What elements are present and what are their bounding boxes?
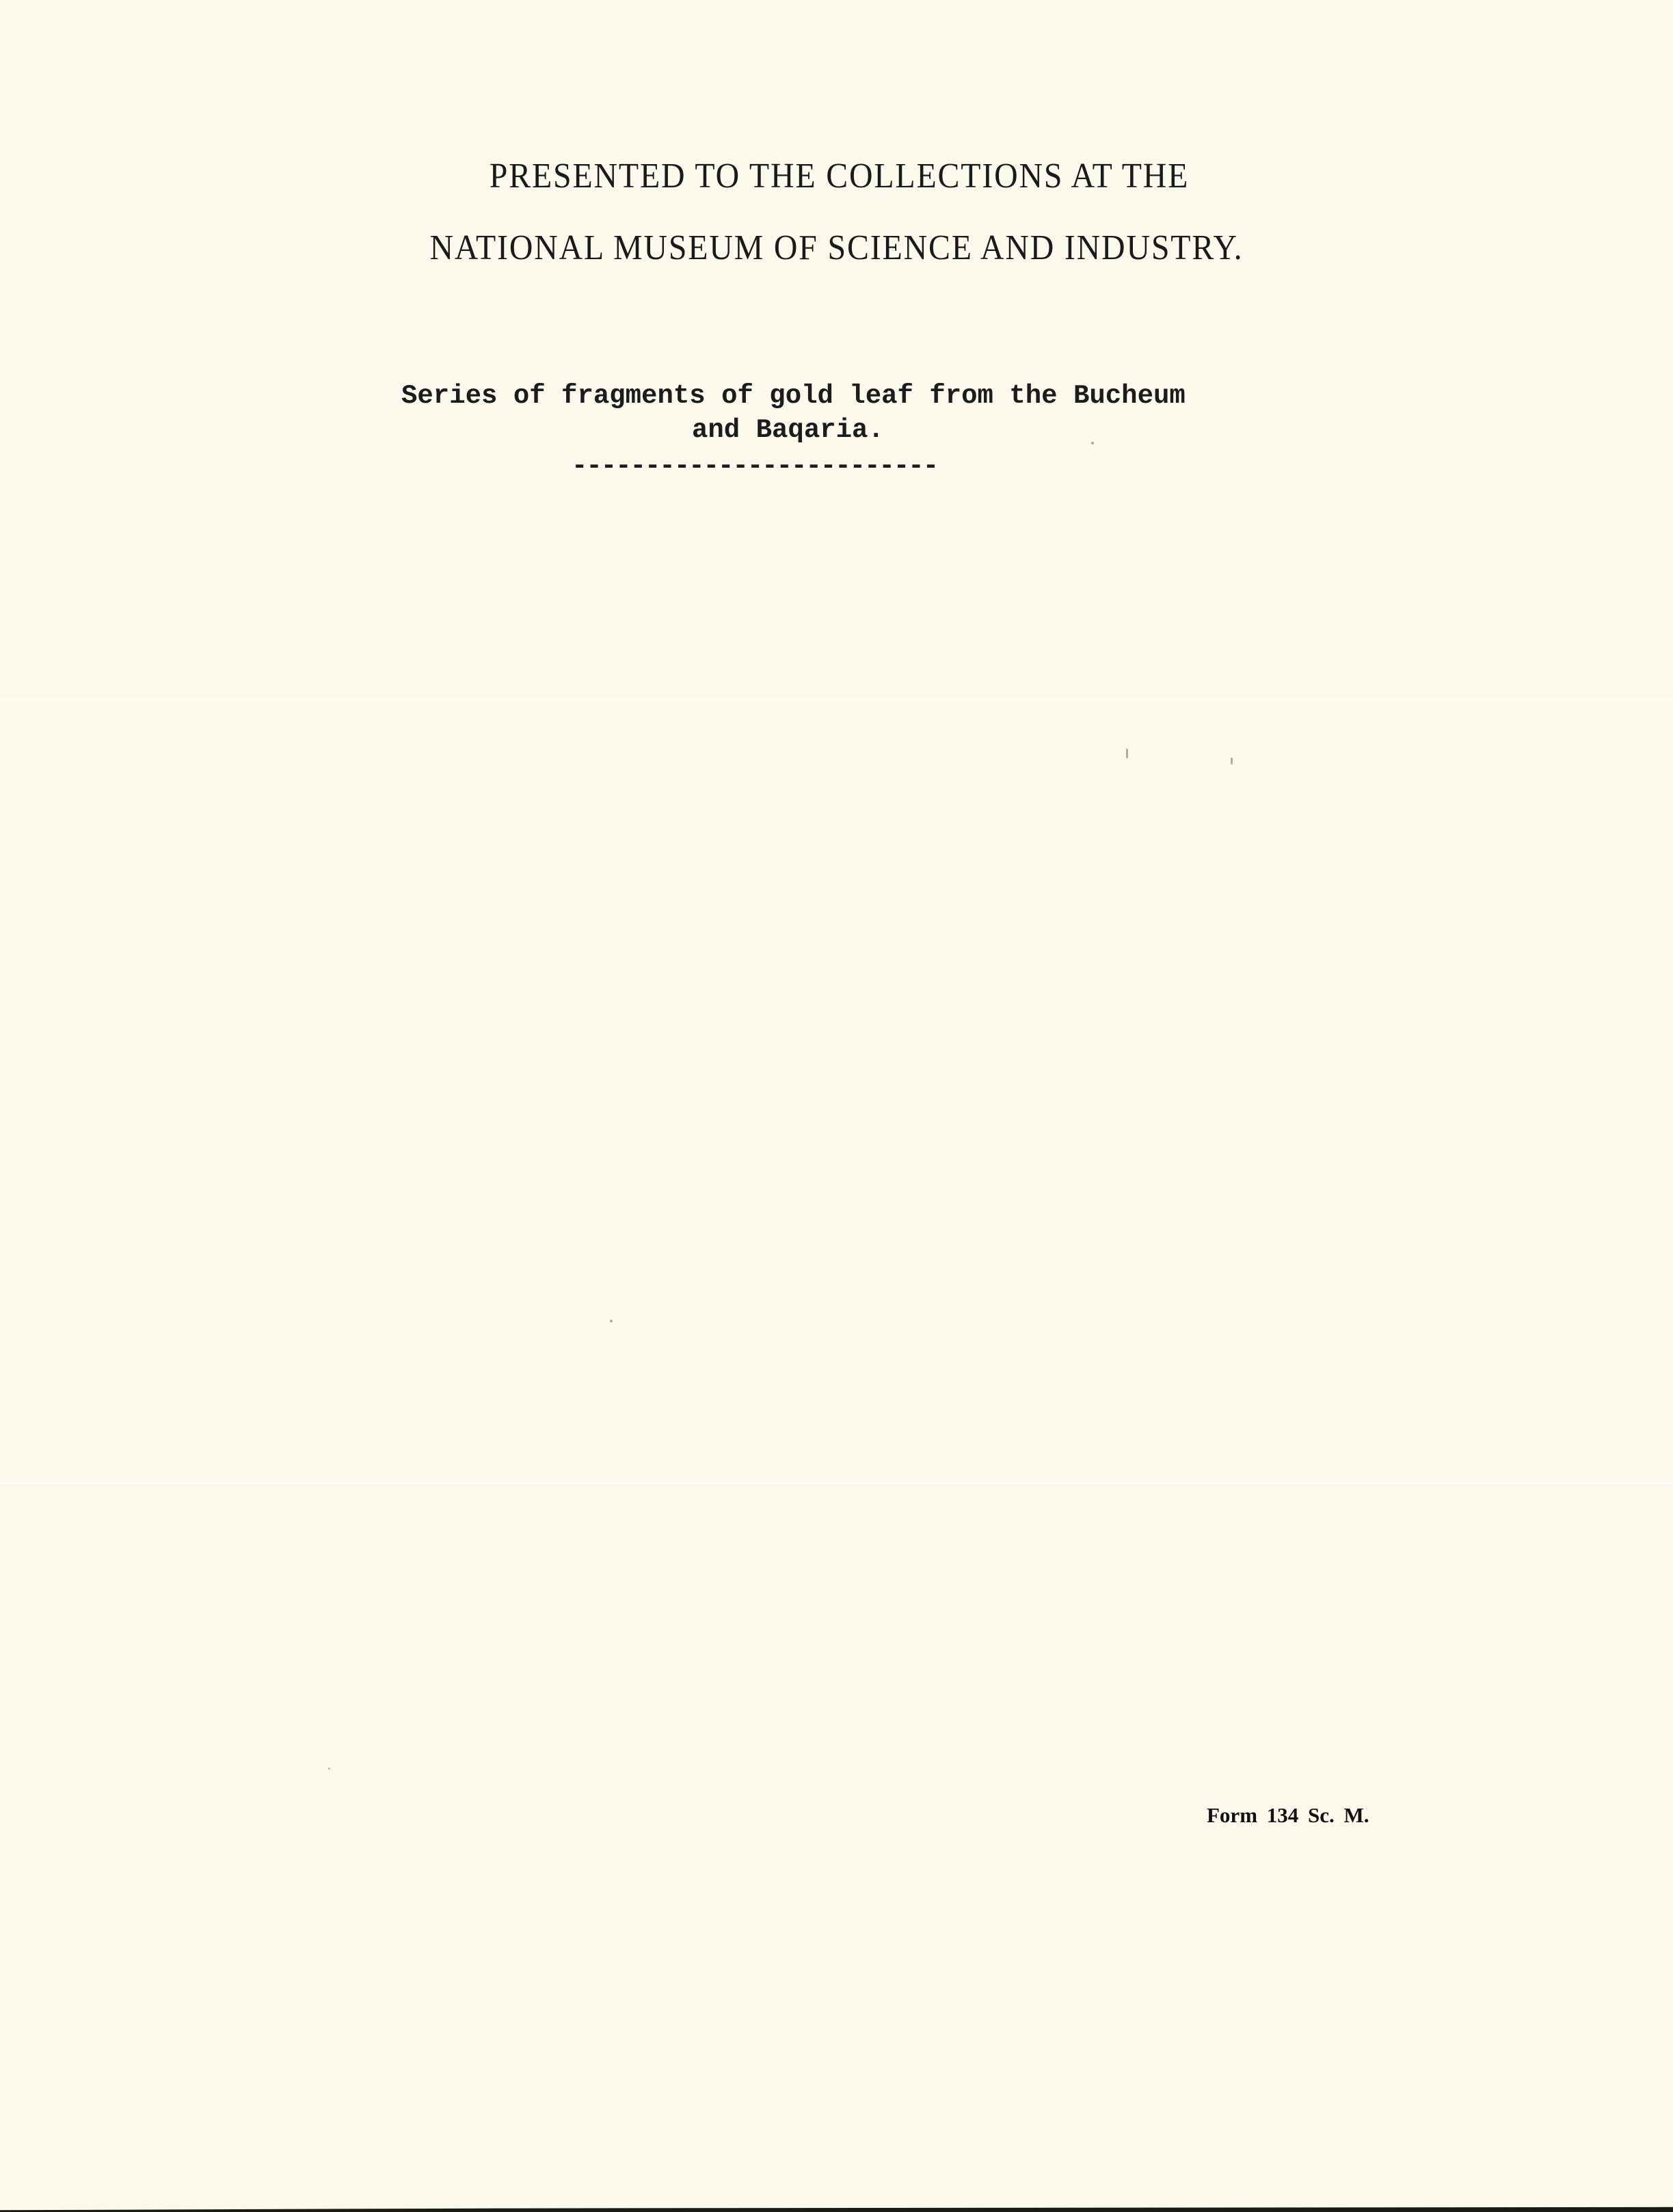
paper-speck xyxy=(1091,442,1094,444)
heading-line-2: NATIONAL MUSEUM OF SCIENCE AND INDUSTRY. xyxy=(67,228,1606,268)
document-page: PRESENTED TO THE COLLECTIONS AT THE NATI… xyxy=(0,0,1673,2212)
form-number: Form 134 Sc. M. xyxy=(1207,1803,1369,1828)
paper-speck xyxy=(1126,749,1128,758)
paper-speck xyxy=(1231,758,1233,764)
scan-bottom-edge xyxy=(0,2206,1673,2212)
description-line-1: Series of fragments of gold leaf from th… xyxy=(401,381,1186,411)
paper-fold-line xyxy=(0,692,1673,696)
typed-separator: ------------------------- xyxy=(572,451,937,481)
heading-line-1: PRESENTED TO THE COLLECTIONS AT THE xyxy=(70,156,1609,196)
description-line-2: and Baqaria. xyxy=(692,415,884,445)
paper-fold-line xyxy=(0,1482,1673,1487)
paper-speck xyxy=(328,1768,330,1770)
paper-speck xyxy=(610,1320,613,1322)
